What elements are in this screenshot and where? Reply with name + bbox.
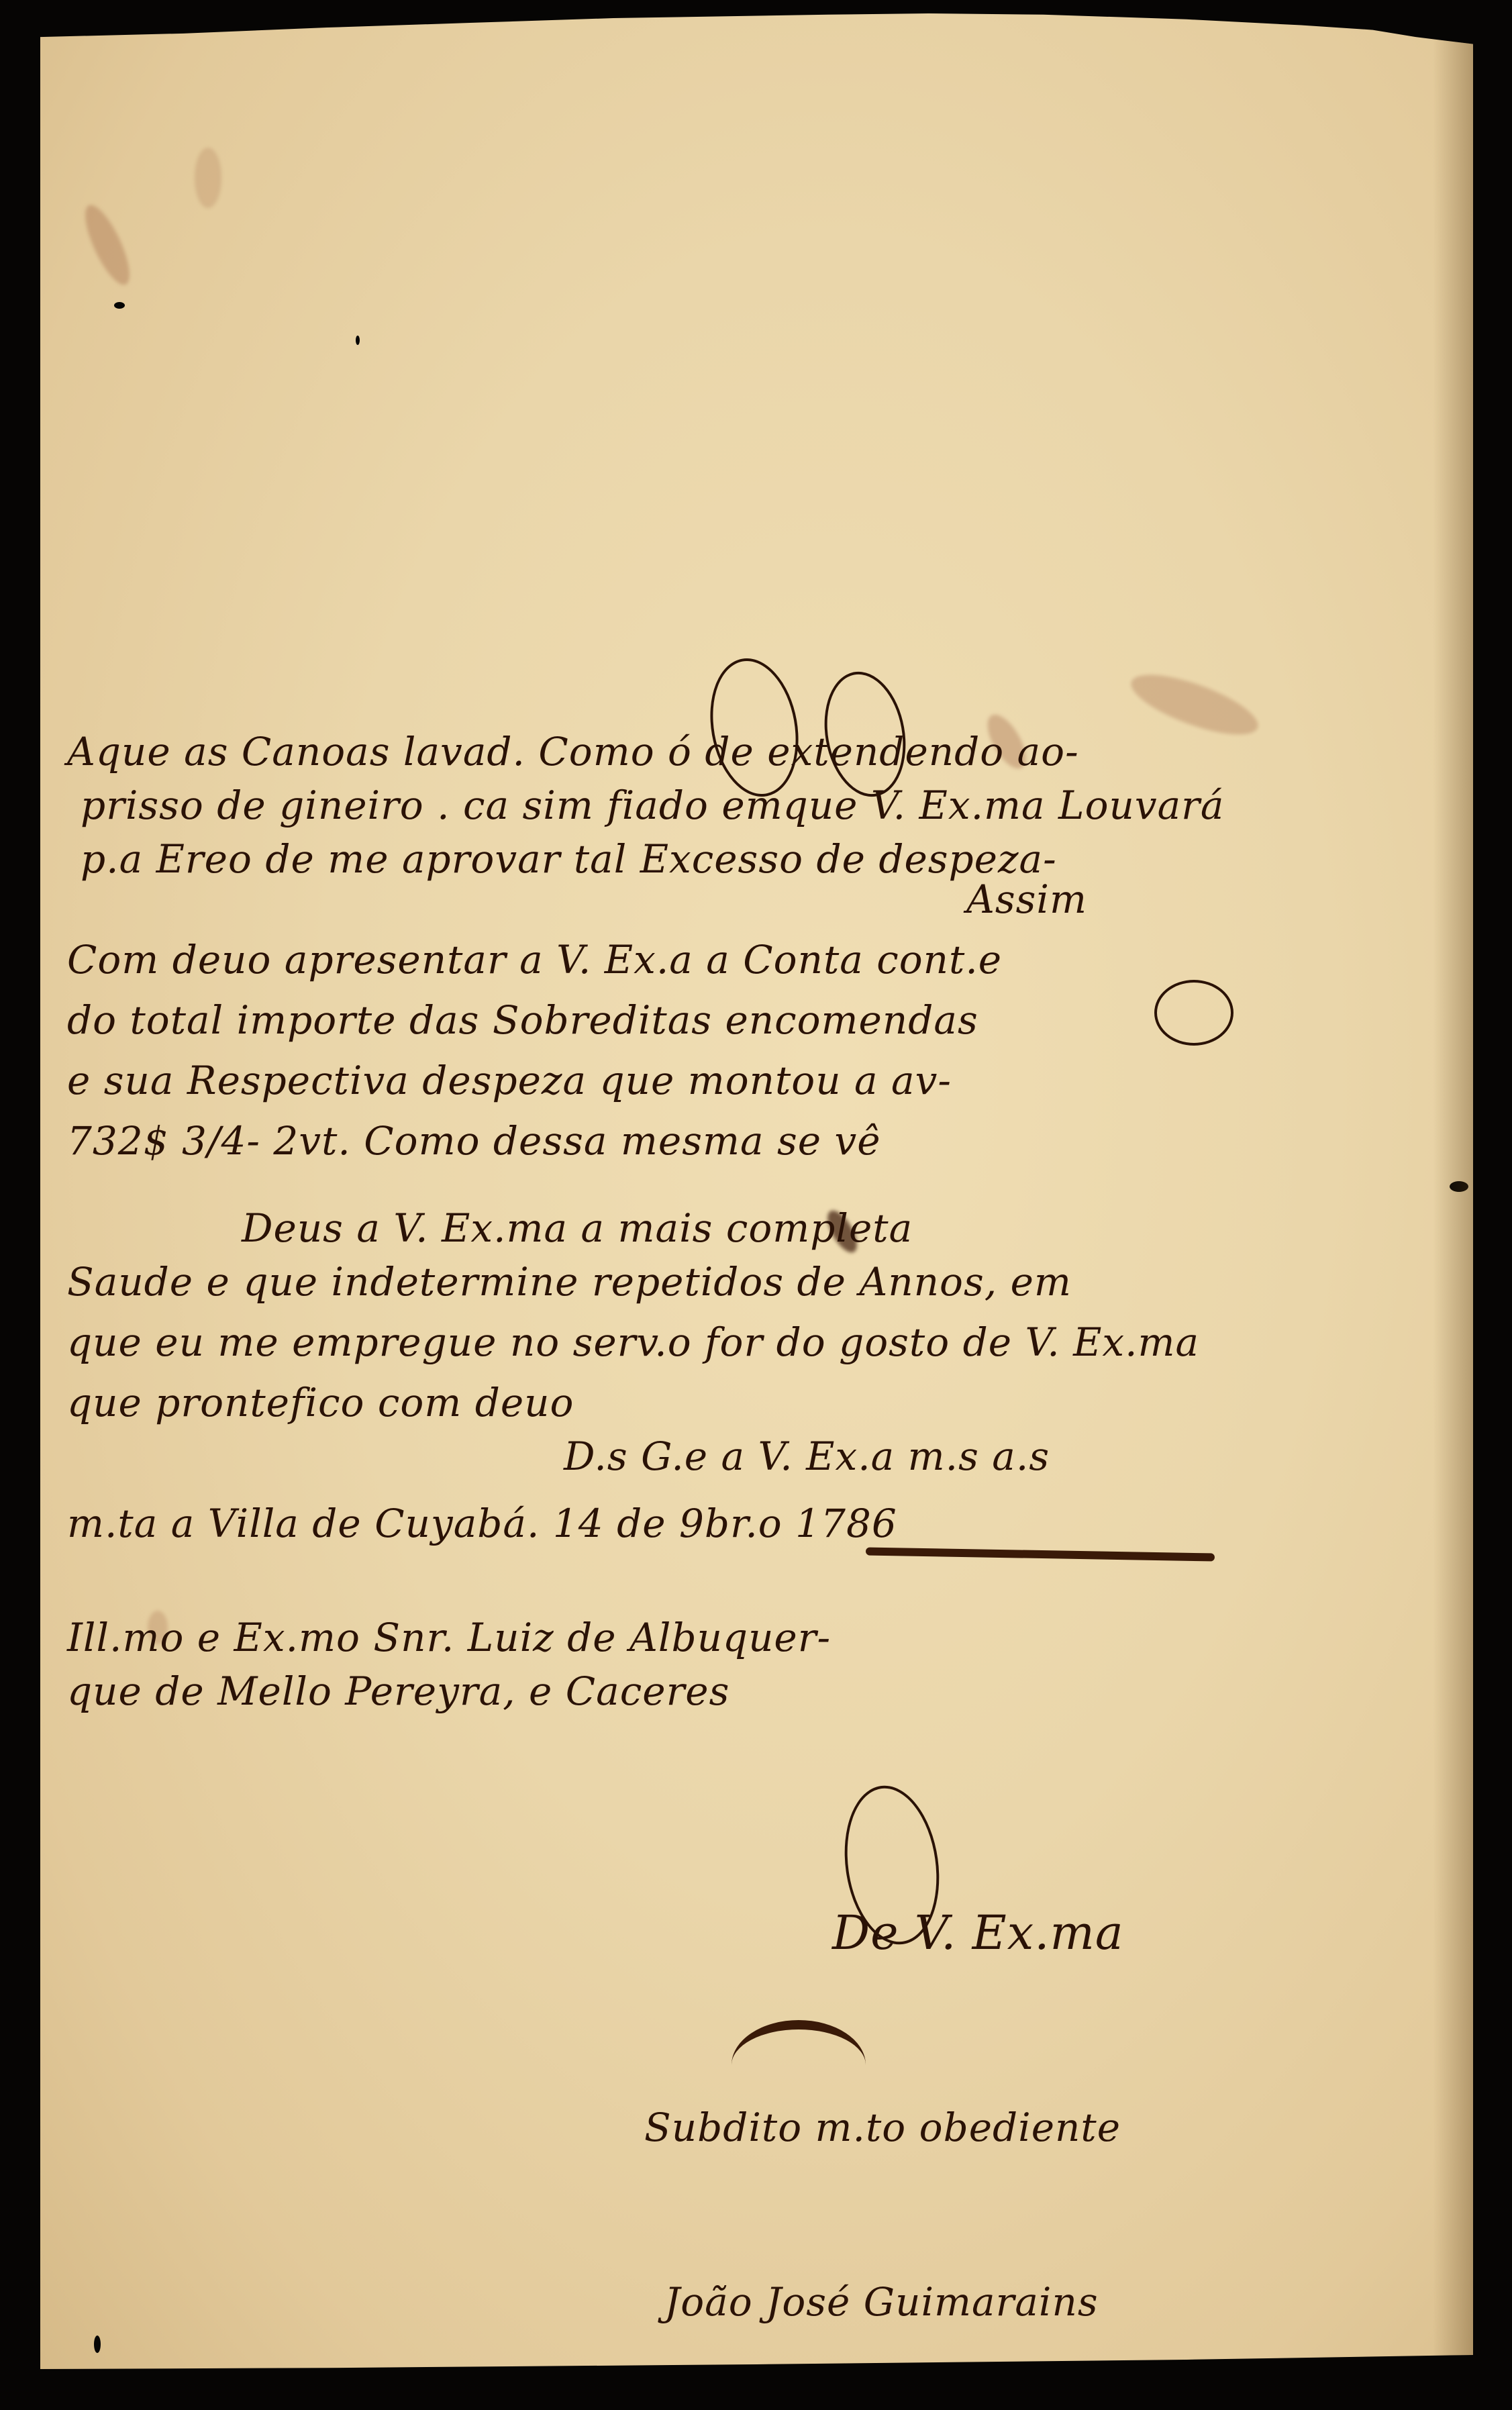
closing-of-excellency: De V. Ex.ma <box>832 1913 1124 1953</box>
wormhole <box>1450 1181 1468 1192</box>
paragraph-2-line-4: 732$ 3/4- 2vt. Como dessa mesma se vê <box>67 1121 881 1161</box>
scan-background: Aque as Canoas lavad. Como ó de extenden… <box>0 0 1512 2410</box>
body-line-1: Aque as Canoas lavad. Como ó de extenden… <box>67 732 1079 772</box>
wormhole <box>94 2336 101 2353</box>
paragraph-2-line-3: e sua Respectiva despeza que montou a av… <box>67 1060 952 1101</box>
salutation: D.s G.e a V. Ex.a m.s a.s <box>564 1436 1050 1476</box>
addressee-line-2: que de Mello Pereyra, e Caceres <box>67 1671 729 1711</box>
flourish-loop <box>1154 980 1233 1046</box>
body-line-2: prisso de gineiro . ca sim fiado emque V… <box>81 785 1225 825</box>
flourish-loop <box>700 651 809 803</box>
paragraph-2-line-2: do total importe das Sobreditas encomend… <box>67 1000 978 1040</box>
paragraph-3-line-1: Deus a V. Ex.ma a mais completa <box>242 1208 913 1248</box>
addressee-line-1: Ill.mo e Ex.mo Snr. Luiz de Albuquer- <box>67 1617 831 1658</box>
body-line-3: p.a Ereo de me aprovar tal Excesso de de… <box>81 839 1057 879</box>
signature-flourish <box>732 2020 866 2110</box>
manuscript-page: Aque as Canoas lavad. Como ó de extenden… <box>40 13 1473 2369</box>
closing-subject: Subdito m.to obediente <box>644 2107 1121 2148</box>
paragraph-2-line-1: Com deuo apresentar a V. Ex.a a Conta co… <box>67 940 1002 980</box>
paragraph-3-line-2: Saude e que indetermine repetidos de Ann… <box>67 1262 1072 1302</box>
paragraph-3-line-3: que eu me empregue no serv.o for do gost… <box>67 1322 1199 1362</box>
place-date: m.ta a Villa de Cuyabá. 14 de 9br.o 1786 <box>67 1503 897 1544</box>
paragraph-3-line-4: que prontefico com deuo <box>67 1383 574 1423</box>
date-underline <box>866 1547 1215 1561</box>
signature: João José Guimarains <box>664 2282 1099 2322</box>
ink-stain <box>77 200 138 291</box>
ink-stain <box>1125 663 1264 747</box>
assim-word: Assim <box>966 879 1087 919</box>
wormhole <box>356 336 360 345</box>
ink-stain <box>195 148 221 208</box>
wormhole <box>114 302 125 309</box>
